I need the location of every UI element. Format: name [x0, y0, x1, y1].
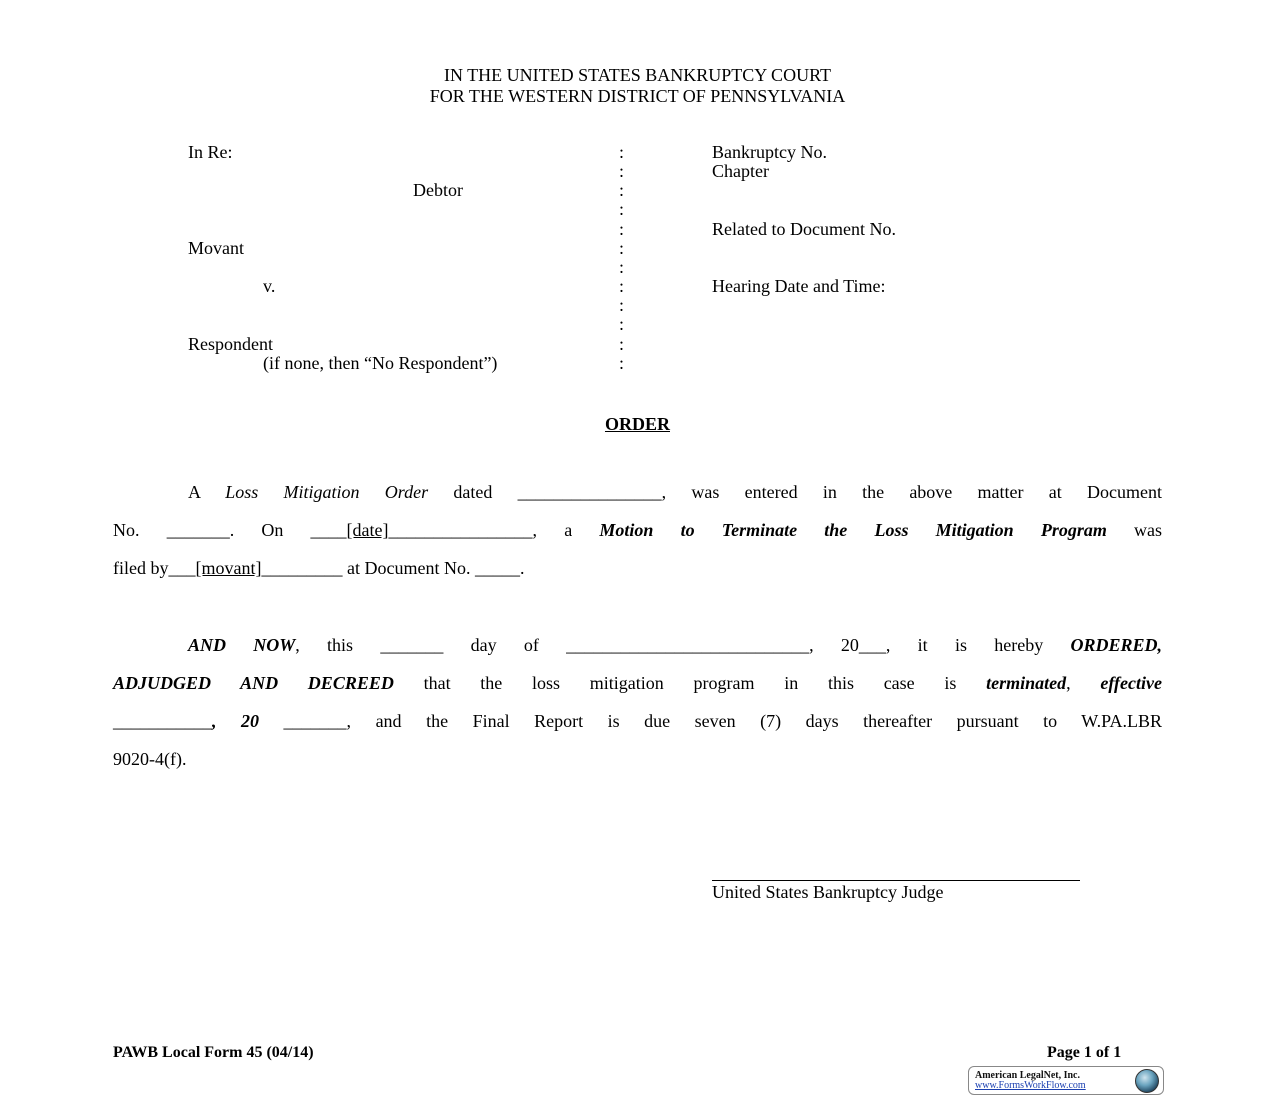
movant-label: Movant	[188, 239, 244, 258]
globe-icon	[1135, 1069, 1159, 1093]
motion-title: Motion to Terminate the Loss Mitigation …	[599, 520, 1106, 540]
paragraph-line: A Loss Mitigation Order dated __________…	[113, 473, 1162, 511]
hearing-date-label: Hearing Date and Time:	[712, 277, 885, 296]
caption-colon: :	[619, 181, 624, 200]
versus-label: v.	[263, 277, 275, 296]
caption-colon: :	[619, 354, 624, 373]
text: filed by	[113, 558, 169, 578]
text: . On	[230, 520, 311, 540]
order-date-blank[interactable]: ________________	[518, 482, 662, 502]
blank: ____	[311, 520, 347, 540]
text: A	[188, 482, 225, 502]
text: dated	[428, 482, 517, 502]
effective-year-prefix: , 20	[212, 711, 284, 731]
effective-year-blank[interactable]: _______	[284, 711, 347, 731]
paragraph-loss-mitigation: A Loss Mitigation Order dated __________…	[113, 473, 1162, 587]
caption-colon: :	[619, 296, 624, 315]
text: , and the Final Report is due seven (7) …	[347, 711, 1162, 731]
motion-date-field[interactable]: ____[date]________________	[311, 520, 533, 540]
paragraph-line: 9020-4(f).	[113, 740, 1162, 778]
paragraph-line: AND NOW, this _______ day of ___________…	[113, 626, 1162, 664]
chapter-label: Chapter	[712, 162, 769, 181]
motion-document-number-blank[interactable]: _____	[475, 558, 520, 578]
loss-mitigation-order-term: Loss Mitigation Order	[225, 482, 428, 502]
text: , was entered in the above matter at Doc…	[662, 482, 1162, 502]
date-placeholder: [date]	[347, 520, 389, 540]
badge-url-link[interactable]: www.FormsWorkFlow.com	[975, 1080, 1086, 1091]
text: at Document No.	[342, 558, 474, 578]
paragraph-line: ___________, 20 _______, and the Final R…	[113, 702, 1162, 740]
effective-date-blank[interactable]: ___________	[113, 711, 212, 731]
court-name: IN THE UNITED STATES BANKRUPTCY COURT	[0, 65, 1275, 85]
respondent-label: Respondent	[188, 335, 273, 354]
respondent-note: (if none, then “No Respondent”)	[263, 354, 497, 373]
text: , a	[533, 520, 600, 540]
paragraph-line: No. _______. On ____[date]______________…	[113, 511, 1162, 549]
adjudged-term: ADJUDGED AND DECREED	[113, 673, 394, 693]
movant-placeholder: [movant]	[196, 558, 262, 578]
court-district: FOR THE WESTERN DISTRICT OF PENNSYLVANIA	[0, 86, 1275, 106]
day-blank[interactable]: _______	[380, 635, 443, 655]
text: was	[1107, 520, 1162, 540]
related-document-label: Related to Document No.	[712, 220, 896, 239]
text: , 20	[809, 635, 859, 655]
caption-colon: :	[619, 335, 624, 354]
text: day of	[443, 635, 566, 655]
caption-colon: :	[619, 239, 624, 258]
terminated-term: terminated	[986, 673, 1066, 693]
blank: ________________	[389, 520, 533, 540]
ordered-term: ORDERED,	[1070, 635, 1162, 655]
order-title-text: ORDER	[605, 414, 670, 434]
text: .	[520, 558, 525, 578]
paragraph-line: ADJUDGED AND DECREED that the loss mitig…	[113, 664, 1162, 702]
text: , it is hereby	[886, 635, 1071, 655]
signature-line[interactable]	[712, 880, 1080, 881]
blank: _________	[261, 558, 342, 578]
debtor-label: Debtor	[413, 181, 463, 200]
american-legalnet-badge[interactable]: American LegalNet, Inc. www.FormsWorkFlo…	[968, 1066, 1164, 1095]
document-number-blank[interactable]: _______	[167, 520, 230, 540]
caption-colon: :	[619, 258, 624, 277]
bankruptcy-no-label: Bankruptcy No.	[712, 143, 827, 162]
and-now-term: AND NOW	[188, 635, 295, 655]
effective-term: effective	[1100, 673, 1162, 693]
form-identifier: PAWB Local Form 45 (04/14)	[113, 1044, 314, 1062]
caption-colon: :	[619, 315, 624, 334]
text: , this	[295, 635, 380, 655]
text: 9020-4(f).	[113, 749, 186, 769]
year-blank[interactable]: ___	[859, 635, 886, 655]
month-blank[interactable]: ___________________________	[566, 635, 809, 655]
text: that the loss mitigation program in this…	[394, 673, 986, 693]
judge-signature-label: United States Bankruptcy Judge	[712, 882, 943, 903]
caption-colon: :	[619, 277, 624, 296]
order-title: ORDER	[0, 414, 1275, 435]
blank: ___	[169, 558, 196, 578]
caption-colon: :	[619, 143, 624, 162]
caption-colon: :	[619, 162, 624, 181]
text: ,	[1066, 673, 1100, 693]
caption-colon: :	[619, 220, 624, 239]
movant-field[interactable]: ___[movant]_________	[169, 558, 343, 578]
page-number: Page 1 of 1	[1047, 1044, 1121, 1062]
paragraph-line: filed by___[movant]_________ at Document…	[113, 549, 1162, 587]
caption-colon: :	[619, 200, 624, 219]
in-re-label: In Re:	[188, 143, 233, 162]
paragraph-order: AND NOW, this _______ day of ___________…	[113, 626, 1162, 778]
text: No.	[113, 520, 167, 540]
